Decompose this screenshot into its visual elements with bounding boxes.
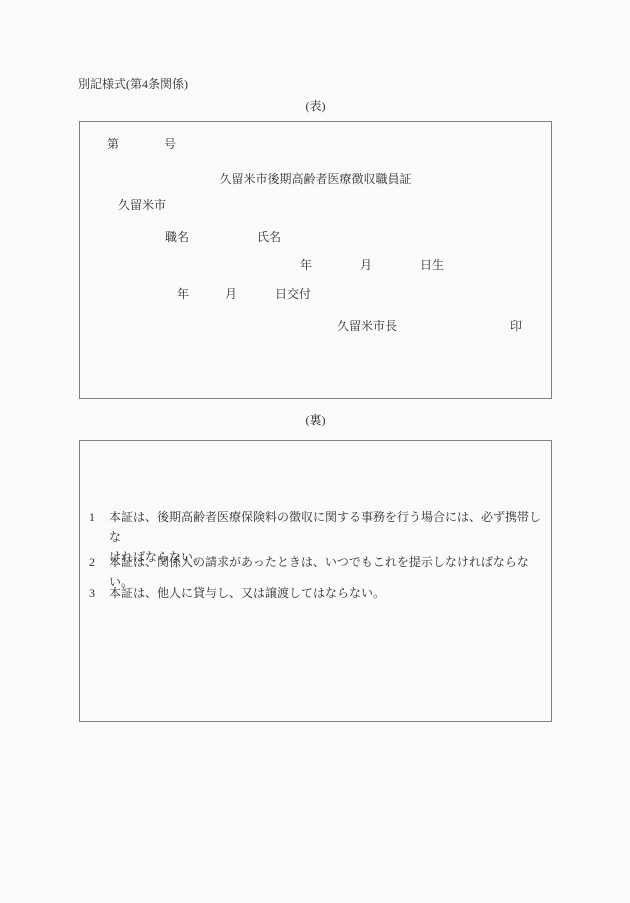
rule-item-number: 3 bbox=[89, 583, 95, 603]
name-label: 氏名 bbox=[257, 230, 281, 244]
issue-month-label: 月 bbox=[225, 287, 237, 301]
cert-number-prefix: 第 bbox=[107, 137, 119, 151]
job-title-label: 職名 bbox=[165, 230, 189, 244]
birth-day-label: 日生 bbox=[420, 258, 444, 272]
back-side-label: (裏) bbox=[79, 413, 552, 427]
cert-title: 久留米市後期高齢者医療徴収職員証 bbox=[80, 172, 551, 186]
rule-item-number: 1 bbox=[89, 507, 95, 527]
issue-day-label: 日交付 bbox=[275, 287, 311, 301]
birth-month-label: 月 bbox=[360, 258, 372, 272]
front-side-label: (表) bbox=[79, 99, 552, 113]
birth-year-label: 年 bbox=[300, 258, 312, 272]
issuer-name: 久留米市長 bbox=[337, 319, 397, 333]
front-card-box: 第 号 久留米市後期高齢者医療徴収職員証 久留米市 職名 氏名 年 月 日生 年… bbox=[79, 121, 552, 399]
seal-label: 印 bbox=[510, 319, 522, 333]
back-card-box: 1 本証は、後期高齢者医療保険料の徴収に関する事務を行う場合には、必ず携帯しな … bbox=[79, 440, 552, 722]
cert-number-suffix: 号 bbox=[164, 137, 176, 151]
rule-item-text: 本証は、他人に貸与し、又は譲渡してはならない。 bbox=[109, 583, 547, 603]
city-name: 久留米市 bbox=[118, 198, 166, 212]
rule-item-number: 2 bbox=[89, 552, 95, 572]
issue-year-label: 年 bbox=[177, 287, 189, 301]
form-heading: 別記様式(第4条関係) bbox=[78, 77, 188, 91]
rule-item: 3 本証は、他人に貸与し、又は譲渡してはならない。 bbox=[109, 583, 547, 603]
form-page: 別記様式(第4条関係) (表) 第 号 久留米市後期高齢者医療徴収職員証 久留米… bbox=[0, 0, 630, 903]
